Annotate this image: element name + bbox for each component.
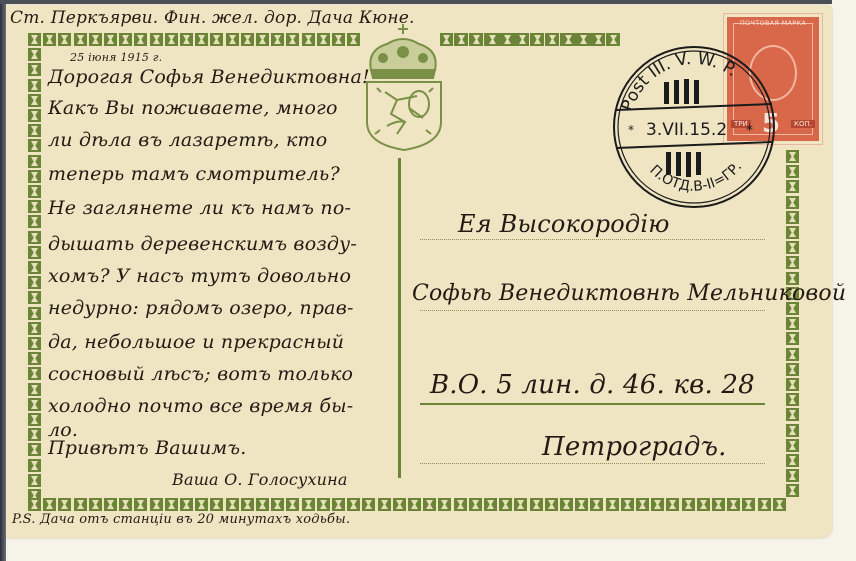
letter-line: хомъ? У насъ тутъ довольно: [48, 265, 351, 287]
postmark-top-text: Post III. V. W. P.: [618, 49, 742, 114]
border-tile: [43, 498, 56, 511]
border-tile: [742, 498, 755, 511]
border-tile: [393, 498, 406, 511]
postmark-cancellation: Post III. V. W. P. П.ОТД.В-II=ГР. * 3.VI…: [606, 42, 782, 212]
svg-text:Post III. V. W. P.: Post III. V. W. P.: [618, 49, 742, 114]
border-tile: [577, 33, 590, 46]
border-tile: [28, 322, 41, 335]
border-tile: [28, 215, 41, 228]
border-tile: [362, 498, 375, 511]
border-tile: [378, 498, 391, 511]
border-tile: [28, 124, 41, 137]
border-tile: [74, 33, 87, 46]
address-line-3: [420, 403, 765, 405]
border-tile: [484, 498, 497, 511]
border-tile: [332, 498, 345, 511]
border-tile: [119, 498, 132, 511]
border-tile: [786, 226, 799, 239]
border-tile: [317, 498, 330, 511]
postmark-date: 3.VII.15.2: [646, 120, 727, 140]
border-tile: [28, 48, 41, 61]
border-tile: [302, 33, 315, 46]
border-tile: [58, 33, 71, 46]
postmark-bottom-text: П.ОТД.В-II=ГР.: [646, 159, 745, 195]
letter-date: 25 іюня 1915 г.: [70, 51, 162, 64]
border-tile: [606, 498, 619, 511]
border-tile: [28, 307, 41, 320]
border-tile: [455, 33, 468, 46]
border-tile: [134, 33, 147, 46]
border-tile: [531, 33, 544, 46]
border-tile: [697, 498, 710, 511]
border-tile: [786, 165, 799, 178]
border-tile: [28, 291, 41, 304]
border-tile: [28, 155, 41, 168]
border-tile: [590, 498, 603, 511]
border-tile: [786, 332, 799, 345]
border-tile: [89, 33, 102, 46]
letter-line: Привѣтъ Вашимъ.: [48, 437, 247, 459]
letter-postscript: P.S. Дача отъ станціи въ 20 минутахъ ход…: [12, 512, 350, 527]
recipient-name: Софьѣ Венедиктовнѣ Мельниковой: [412, 281, 846, 306]
border-tile: [195, 498, 208, 511]
border-tile: [150, 498, 163, 511]
border-tile: [786, 424, 799, 437]
border-tile: [28, 231, 41, 244]
recipient-city: Петроградъ.: [542, 432, 727, 462]
border-tile: [786, 469, 799, 482]
border-tile: [786, 378, 799, 391]
border-tile: [119, 33, 132, 46]
recipient-honorific: Ея Высокородію: [458, 210, 670, 238]
border-tile: [666, 498, 679, 511]
border-tile: [28, 276, 41, 289]
border-tile: [226, 498, 239, 511]
border-tile: [28, 337, 41, 350]
border-tile: [621, 498, 634, 511]
border-tile: [28, 139, 41, 152]
border-tile: [786, 393, 799, 406]
border-tile: [89, 498, 102, 511]
border-tile: [786, 180, 799, 193]
border-tile: [210, 33, 223, 46]
sender-location-note: Ст. Перкъярви. Фин. жел. дор. Дача Кюне.: [10, 8, 415, 28]
border-tile: [786, 211, 799, 224]
stamp-right-label: КОП.: [791, 120, 815, 128]
border-tile: [150, 33, 163, 46]
border-tile: [712, 498, 725, 511]
letter-line: теперь тамъ смотритель?: [48, 163, 340, 185]
address-line-4: [420, 463, 765, 464]
border-tile: [786, 348, 799, 361]
svg-text:П.ОТД.В-II=ГР.: П.ОТД.В-II=ГР.: [646, 159, 745, 195]
border-tile: [195, 33, 208, 46]
letter-line: сосновый лѣсъ; вотъ только: [48, 363, 353, 385]
border-tile: [786, 408, 799, 421]
border-tile: [271, 498, 284, 511]
border-tile: [302, 498, 315, 511]
border-tile: [560, 498, 573, 511]
svg-text:*: *: [628, 123, 634, 137]
address-line-1: [420, 239, 765, 240]
border-tile: [727, 498, 740, 511]
border-tile: [486, 33, 499, 46]
border-tile: [165, 33, 178, 46]
border-tile: [786, 150, 799, 163]
border-tile: [786, 317, 799, 330]
letter-line: ли дѣла въ лазаретѣ, кто: [48, 129, 327, 151]
border-tile: [501, 33, 514, 46]
letter-signature: Ваша О. Голосухина: [172, 470, 348, 489]
letter-line: холодно почто все время бы-: [48, 395, 353, 417]
border-tile: [516, 33, 529, 46]
border-tile: [347, 498, 360, 511]
border-tile: [28, 261, 41, 274]
border-tile: [454, 498, 467, 511]
border-tile: [28, 94, 41, 107]
border-tile: [104, 33, 117, 46]
border-tile: [469, 498, 482, 511]
letter-line: недурно: рядомъ озеро, прав-: [48, 297, 354, 319]
border-tile: [332, 33, 345, 46]
border-tile: [786, 241, 799, 254]
border-tile: [28, 170, 41, 183]
border-tile: [226, 33, 239, 46]
border-tile: [271, 33, 284, 46]
border-tile: [786, 256, 799, 269]
border-tile: [499, 498, 512, 511]
border-tile: [545, 498, 558, 511]
border-tile: [241, 498, 254, 511]
border-tile: [241, 33, 254, 46]
border-tile: [28, 200, 41, 213]
border-tile: [592, 33, 605, 46]
border-tile: [470, 33, 483, 46]
border-tile: [28, 367, 41, 380]
svg-text:*: *: [746, 123, 753, 139]
border-tile: [210, 498, 223, 511]
border-tile: [773, 498, 786, 511]
letter-line: Какъ Вы поживаете, много: [48, 97, 338, 119]
border-tile: [682, 498, 695, 511]
border-tile: [786, 363, 799, 376]
recipient-street: В.О. 5 лин. д. 46. кв. 28: [430, 370, 755, 400]
border-tile: [562, 33, 575, 46]
border-tile: [28, 63, 41, 76]
border-tile: [74, 498, 87, 511]
border-tile: [28, 33, 41, 46]
border-tile: [256, 498, 269, 511]
border-tile: [786, 196, 799, 209]
border-tile: [636, 498, 649, 511]
border-tile: [256, 33, 269, 46]
border-tile: [28, 413, 41, 426]
finnish-coat-of-arms-icon: [357, 22, 449, 152]
border-tile: [180, 498, 193, 511]
border-tile: [514, 498, 527, 511]
stamp-title: ПОЧТОВАЯ МАРКА: [727, 19, 819, 27]
border-tile: [104, 498, 117, 511]
border-tile: [28, 109, 41, 122]
border-tile: [575, 498, 588, 511]
border-tile: [180, 33, 193, 46]
border-tile: [28, 428, 41, 441]
border-tile: [28, 398, 41, 411]
border-tile: [28, 459, 41, 472]
border-tile: [758, 498, 771, 511]
border-tile: [786, 439, 799, 452]
border-tile: [28, 498, 41, 511]
border-tile: [28, 246, 41, 259]
letter-greeting: Дорогая Софья Венедиктовна!: [48, 66, 370, 88]
border-tile: [317, 33, 330, 46]
address-divider-line: [398, 158, 401, 478]
border-tile: [786, 484, 799, 497]
border-tile: [651, 498, 664, 511]
letter-line: да, небольшое и прекрасный: [48, 331, 344, 353]
border-tile: [286, 498, 299, 511]
border-tile: [28, 383, 41, 396]
border-tile: [134, 498, 147, 511]
letter-line: Не заглянете ли къ намъ по-: [48, 197, 351, 219]
border-tile: [786, 454, 799, 467]
border-tile: [546, 33, 559, 46]
border-tile: [28, 79, 41, 92]
border-tile: [28, 185, 41, 198]
border-tile: [423, 498, 436, 511]
border-tile: [438, 498, 451, 511]
border-tile: [28, 352, 41, 365]
border-tile: [43, 33, 56, 46]
scan-top-edge: [0, 0, 832, 4]
border-tile: [28, 443, 41, 456]
letter-line: дышать деревенскимъ возду-: [48, 233, 357, 255]
address-line-2: [420, 310, 765, 311]
border-tile: [408, 498, 421, 511]
border-tile: [28, 474, 41, 487]
border-tile: [530, 498, 543, 511]
border-tile: [58, 498, 71, 511]
border-tile: [286, 33, 299, 46]
border-tile: [165, 498, 178, 511]
